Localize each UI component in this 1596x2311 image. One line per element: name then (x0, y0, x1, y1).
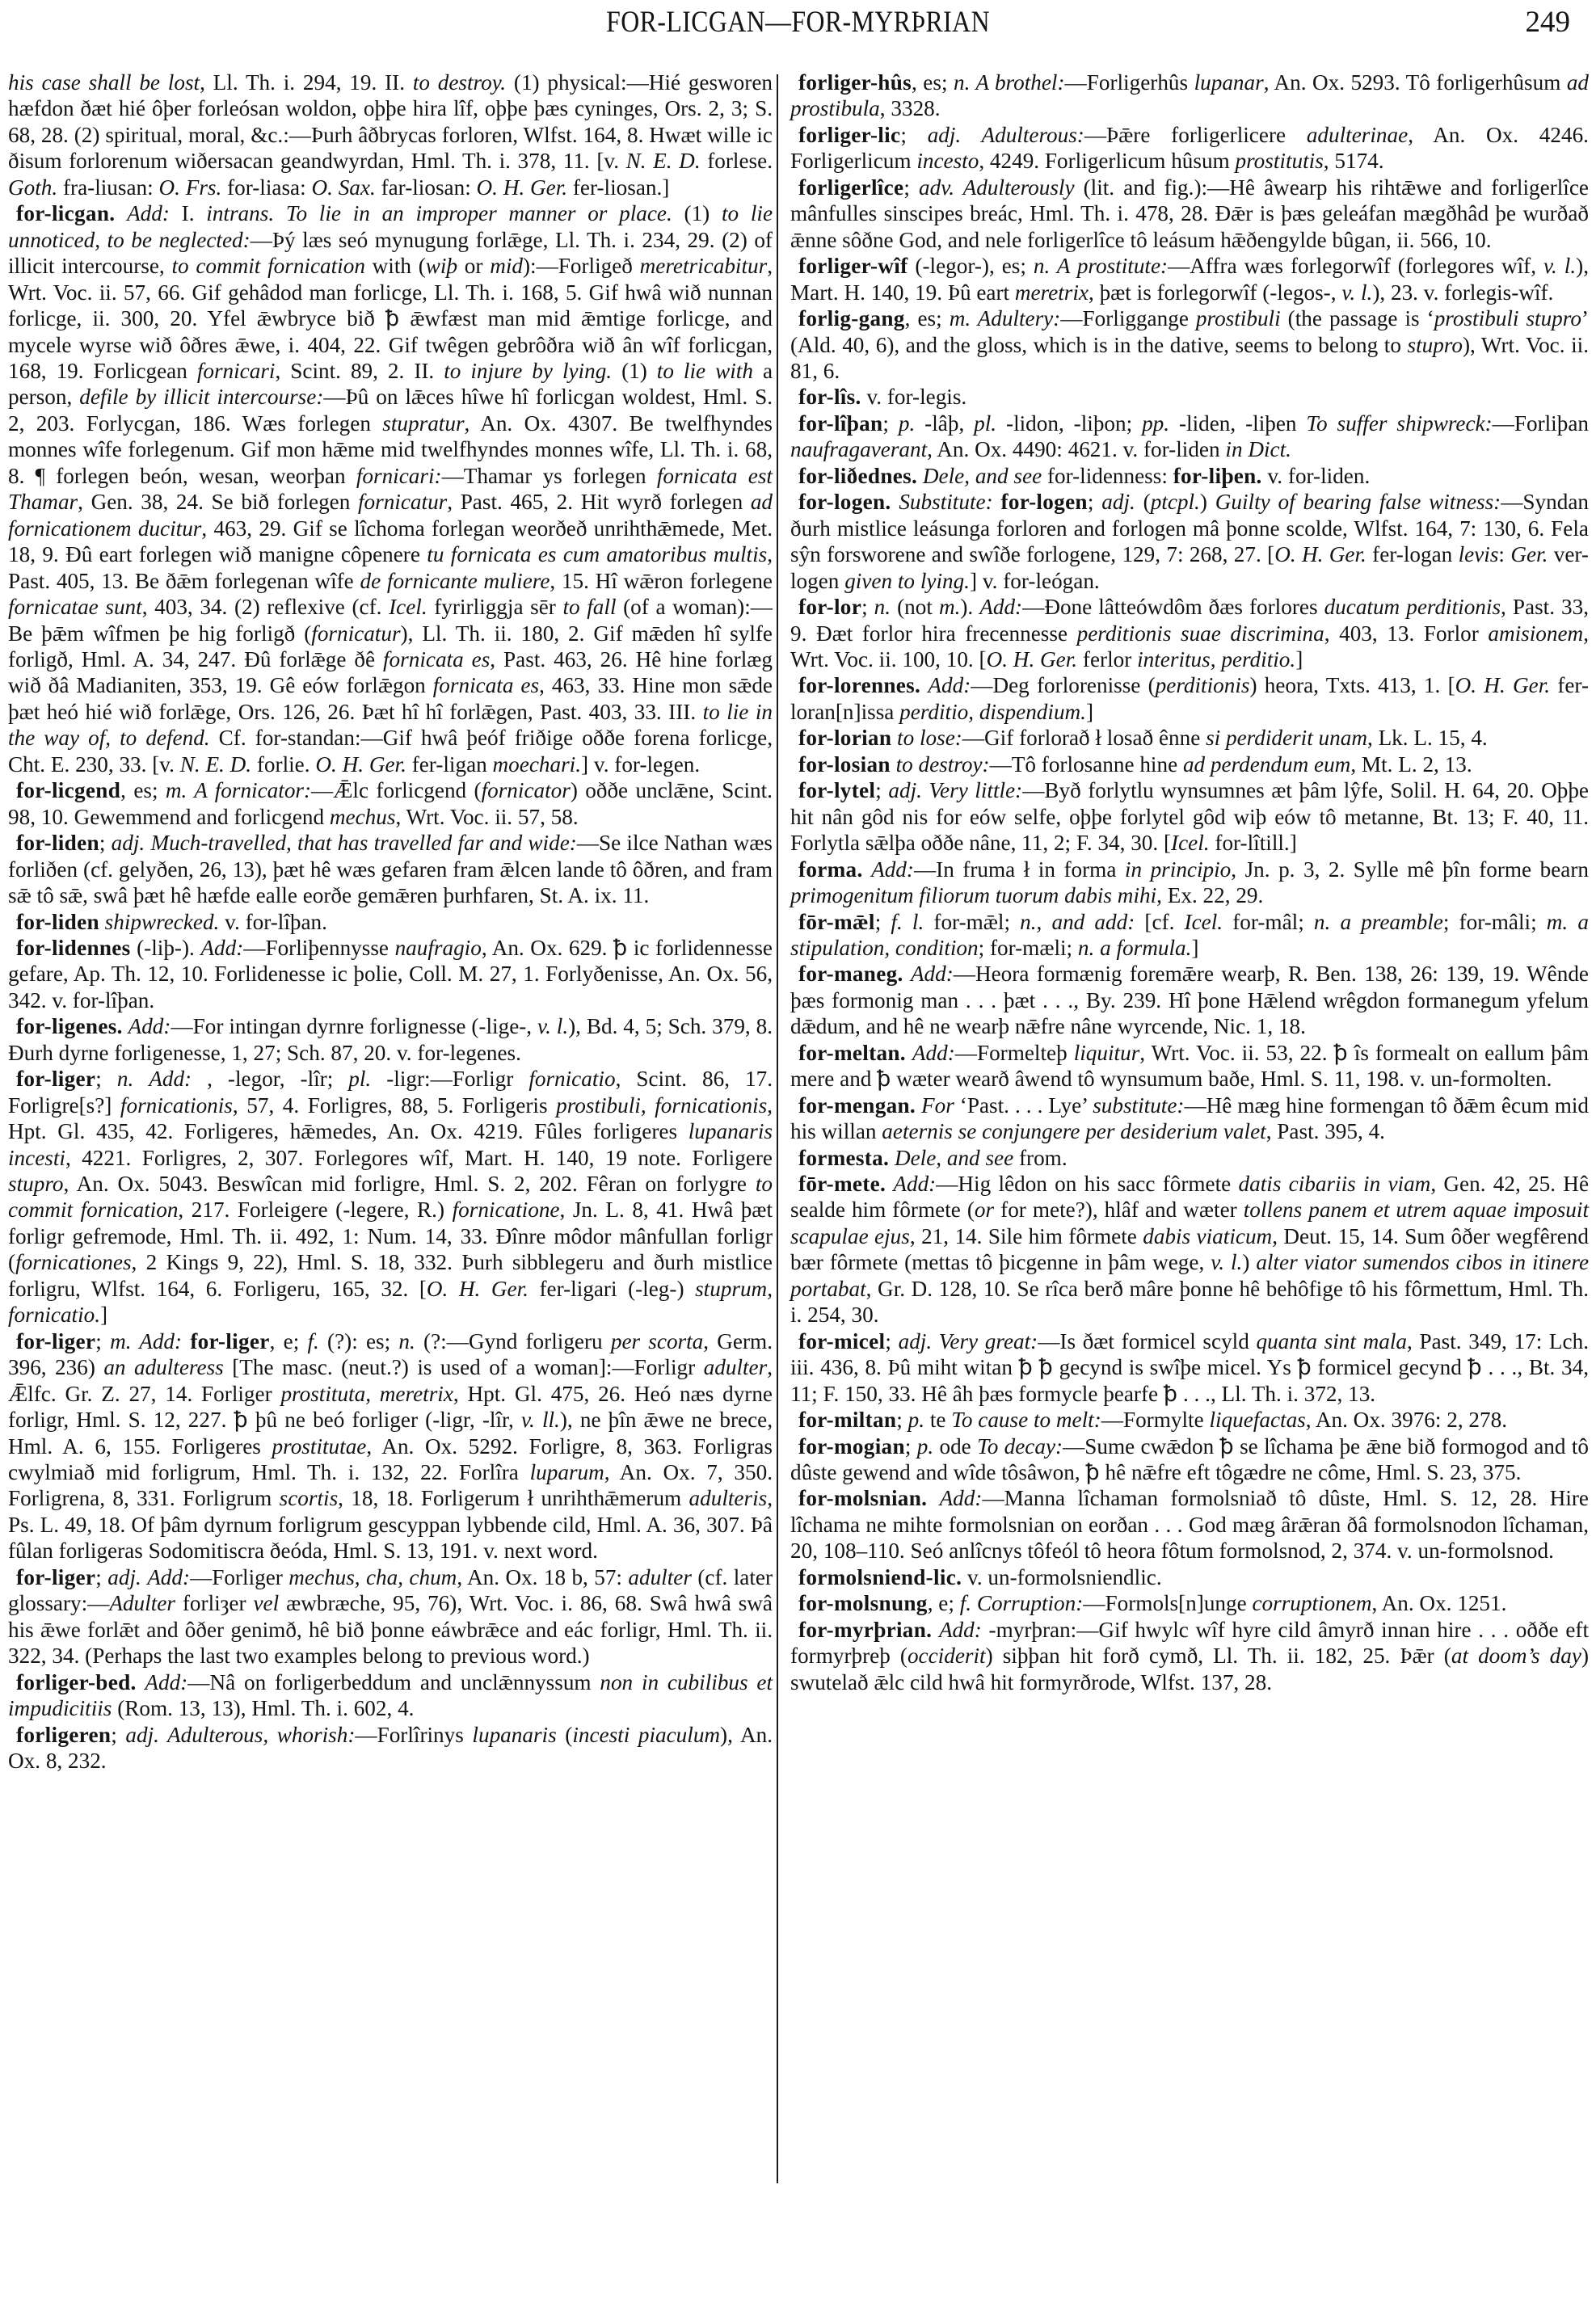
entry-text: ; (95, 1565, 107, 1589)
entry-text: ode (933, 1434, 977, 1459)
entry-text (889, 1146, 895, 1170)
headword: for-liger (16, 1329, 95, 1353)
italic-gloss: To cause to melt: (951, 1408, 1101, 1432)
italic-gloss: v. l. (537, 1014, 568, 1038)
dictionary-entry: for-lor; n. (not m.). Add:—Ðone lâtteówd… (790, 594, 1589, 672)
italic-gloss: perditio, dispendium. (899, 700, 1086, 724)
entry-text: —Formols[n]unge (1083, 1591, 1252, 1615)
entry-text: ; (896, 1408, 907, 1432)
entry-text: —Formylte (1101, 1408, 1210, 1432)
italic-gloss: scortis (280, 1486, 339, 1510)
headword: for-lîþan (798, 411, 882, 436)
dictionary-entry: forlig-gang, es; m. Adultery:—Forliggang… (790, 305, 1589, 384)
italic-gloss: Dele, and see (923, 464, 1042, 488)
italic-gloss: fornicator (482, 778, 571, 802)
entry-text: , þæt is forlegorwîf (-legos-, (1089, 280, 1341, 305)
italic-gloss: meretricabitur (640, 254, 768, 278)
entry-text: -lâþ, (915, 411, 974, 436)
italic-gloss: N. E. D. (626, 149, 701, 173)
entry-text: —Forliger (190, 1565, 288, 1589)
headword: for-molsnian. (798, 1486, 927, 1510)
dictionary-entry: forligerlîce; adv. Adulterously (lit. an… (790, 175, 1589, 253)
dictionary-entry: forliger-lic; adj. Adulterous:—Þǣre forl… (790, 122, 1589, 175)
italic-gloss: O. H. Ger. (427, 1277, 528, 1301)
entry-text: ] v. for-leógan. (970, 569, 1100, 593)
entry-text: , 3328. (880, 96, 941, 120)
entry-text: for-lidenness: (1042, 464, 1173, 488)
entry-text: , 4249. Forligerlicum hûsum (979, 149, 1235, 173)
italic-gloss: his case shall be lost (8, 70, 200, 95)
entry-text: ferlor (1077, 647, 1137, 671)
italic-gloss: to fall (562, 595, 616, 619)
entry-text: (1) (672, 201, 722, 225)
italic-gloss: adj. Much-travelled, that has travelled … (112, 831, 577, 855)
entry-text: ; (882, 411, 898, 436)
italic-gloss: For (921, 1093, 954, 1118)
entry-text: (?): es; (319, 1329, 399, 1353)
entry-text: , es; (120, 778, 166, 802)
italic-gloss: mid (490, 254, 523, 278)
italic-gloss: fornicari (197, 359, 276, 383)
italic-gloss: To suffer shipwreck: (1306, 411, 1492, 436)
italic-gloss: m. Adultery: (950, 306, 1061, 330)
italic-gloss: O. H. Ger. (987, 647, 1078, 671)
headword: formesta. (798, 1146, 889, 1170)
italic-gloss: to lose: (897, 726, 962, 750)
entry-text: ), 23. v. forlegis-wîf. (1372, 280, 1553, 305)
italic-gloss: fornicata es (383, 647, 490, 671)
italic-gloss: v. ll. (521, 1408, 560, 1432)
italic-gloss: incesto (916, 149, 979, 173)
dictionary-entry: for-molsnian. Add:—Manna lîchaman formol… (790, 1485, 1589, 1564)
entry-text: forliȝer (175, 1591, 254, 1615)
entry-text: , 217. Forleigere (-legere, R.) (178, 1198, 452, 1222)
entry-text: ; (875, 778, 888, 802)
italic-gloss: adulteris (689, 1486, 768, 1510)
entry-text: —Forliggange (1060, 306, 1196, 330)
italic-gloss: prostibuli stupro (1434, 306, 1581, 330)
entry-text: ) heora, Txts. 413, 1. [ (1249, 673, 1455, 697)
dictionary-entry: for-meltan. Add:—Formelteþ liquitur, Wrt… (790, 1040, 1589, 1092)
italic-gloss: p. (899, 411, 915, 436)
headword: for-logen (1000, 490, 1087, 514)
entry-text (916, 1093, 921, 1118)
entry-text: ; (885, 1329, 898, 1353)
italic-gloss: f. (307, 1329, 318, 1353)
entry-text: , e; (270, 1329, 308, 1353)
italic-gloss: Goth. (8, 175, 57, 200)
dictionary-entry: for-liden; adj. Much-travelled, that has… (8, 830, 773, 908)
dictionary-entry: for-licgend, es; m. A fornicator:—Ǣlc fo… (8, 777, 773, 830)
dictionary-entry: forliger-hûs, es; n. A brothel:—Forliger… (790, 69, 1589, 122)
italic-gloss: adv. Adulterously (919, 175, 1075, 200)
entry-text: , 21, 14. Sile him fôrmete (910, 1224, 1143, 1248)
italic-gloss: an adulteress (103, 1355, 223, 1379)
entry-text: or (457, 254, 490, 278)
italic-gloss: to destroy: (896, 752, 990, 777)
italic-gloss: Add: (147, 1565, 190, 1589)
italic-gloss: Add: (928, 673, 971, 697)
italic-gloss: stupro (8, 1172, 64, 1196)
dictionary-entry: forliger-wîf (-legor-), es; n. A prostit… (790, 253, 1589, 305)
dictionary-entry: for-ligenes. Add:—For intingan dyrnre fo… (8, 1013, 773, 1066)
entry-text: forlese. (701, 149, 773, 173)
entry-text: : (1498, 542, 1510, 566)
headword: for-licgend (16, 778, 120, 802)
running-title: FOR-LICGAN—FOR-MYRÞRIAN (112, 5, 1484, 40)
italic-gloss: ducatum perditionis (1324, 595, 1501, 619)
italic-gloss: occiderit (907, 1644, 986, 1668)
italic-gloss: liquefactas (1209, 1408, 1305, 1432)
dictionary-entry: for-molsnung, e; f. Corruption:—Formols[… (790, 1590, 1589, 1616)
entry-text: (?:—Gynd forligeru (415, 1329, 611, 1353)
italic-gloss: n. A prostitute: (1034, 254, 1168, 278)
entry-text: —Hig lêdon on his sacc fôrmete (936, 1172, 1238, 1196)
headword: for-myrþrian. (798, 1618, 932, 1642)
entry-text: far-liosan: (376, 175, 477, 200)
italic-gloss: m. Add: (110, 1329, 182, 1353)
entry-text: ; (861, 595, 874, 619)
entry-text: [cf. (1135, 910, 1184, 934)
page-header: FOR-LICGAN—FOR-MYRÞRIAN 249 (0, 0, 1596, 57)
entry-text: ; for-mâli; (1443, 910, 1547, 934)
entry-text (993, 490, 1001, 514)
italic-gloss: fornicationis (120, 1093, 233, 1118)
entry-text: , 18, 18. Forligerum ł unrihthǣmerum (338, 1486, 689, 1510)
italic-gloss: p. (908, 1408, 924, 1432)
entry-text (927, 1486, 939, 1510)
italic-gloss: p. (917, 1434, 933, 1459)
entry-text: ; (905, 1434, 917, 1459)
italic-gloss: incesti piaculum (572, 1723, 720, 1747)
entry-text (123, 1014, 128, 1038)
italic-gloss: levis (1459, 542, 1499, 566)
italic-gloss: pl. (974, 411, 996, 436)
italic-gloss: O. H. Ger. (477, 175, 568, 200)
entry-text: ; (95, 1329, 110, 1353)
italic-gloss: Add: (200, 936, 243, 960)
dictionary-entry: forma. Add:—In fruma ł in forma in princ… (790, 857, 1589, 909)
dictionary-entry: for-licgan. Add: I. intrans. To lie in a… (8, 200, 773, 777)
italic-gloss: vel (253, 1591, 279, 1615)
italic-gloss: adulter (704, 1355, 768, 1379)
italic-gloss: meretrix (1015, 280, 1089, 305)
italic-gloss: O. Frs. (159, 175, 222, 200)
italic-gloss: shipwrecked. (105, 910, 220, 934)
page-number: 249 (1526, 5, 1571, 40)
entry-text: fra-liusan: (57, 175, 158, 200)
dictionary-entry: for-lorennes. Add:—Deg forlorenisse (per… (790, 672, 1589, 725)
italic-gloss: naufragio (395, 936, 482, 960)
italic-gloss: fornicatio (528, 1067, 615, 1091)
italic-gloss: n., and add: (1020, 910, 1135, 934)
entry-text: —Forliþennysse (243, 936, 394, 960)
entry-text: , 4221. Forligres, 2, 307. Forlegores wî… (65, 1146, 773, 1170)
entry-text: ) (1242, 1250, 1256, 1274)
italic-gloss: n. a preamble (1314, 910, 1443, 934)
italic-gloss: de fornicante muliere (360, 569, 550, 593)
italic-gloss: O. Sax. (311, 175, 375, 200)
italic-gloss: wiþ (426, 254, 457, 278)
italic-gloss: Add: (979, 595, 1022, 619)
italic-gloss: O. H. Ger. (1455, 673, 1550, 697)
entry-text: —Forligerhûs (1065, 70, 1194, 95)
entry-text: , Lk. L. 15, 4. (1367, 726, 1488, 750)
italic-gloss: prostitutae (272, 1434, 367, 1459)
italic-gloss: to destroy. (413, 70, 506, 95)
italic-gloss: intrans. To lie in an improper manner or… (206, 201, 672, 225)
italic-gloss: v. l. (1543, 254, 1576, 278)
entry-text: ) siþþan hit forð cymð, Ll. Th. ii. 182,… (986, 1644, 1451, 1668)
entry-text: fer-ligan (406, 752, 493, 777)
headword: for-lorennes. (798, 673, 920, 697)
entry-text: te (924, 1408, 951, 1432)
italic-gloss: fornicatione (453, 1198, 560, 1222)
entry-text: ; (95, 1067, 117, 1091)
entry-text (891, 490, 899, 514)
headword: for-lor (798, 595, 861, 619)
entry-text: ] (1295, 647, 1303, 671)
headword: for-molsnung (798, 1591, 928, 1615)
italic-gloss: interitus, perditio. (1137, 647, 1295, 671)
italic-gloss: to injure by lying. (444, 359, 612, 383)
italic-gloss: aeternis se conjungere per desiderium va… (882, 1119, 1265, 1143)
italic-gloss: n. a formula. (1078, 936, 1191, 960)
italic-gloss: Add: (893, 1172, 936, 1196)
entry-text: ). (960, 595, 979, 619)
entry-text: , es; (905, 306, 950, 330)
headword: for-maneg. (798, 962, 903, 986)
headword: for-liðednes. (798, 464, 917, 488)
entry-text: —Ǣlc forlicgend ( (311, 778, 482, 802)
italic-gloss: adulterinae (1307, 123, 1408, 147)
dictionary-entry: for-lîþan; p. -lâþ, pl. -lidon, -liþon; … (790, 410, 1589, 463)
headword: for-liþen. (1173, 464, 1262, 488)
italic-gloss: adj. Adulterous, whorish: (125, 1723, 355, 1747)
entry-text: ; (1088, 490, 1101, 514)
headword: forligerlîce (798, 175, 903, 200)
headword: for-mengan. (798, 1093, 916, 1118)
entry-text: , Scint. 89, 2. II. (275, 359, 444, 383)
headword: fōr-mete. (798, 1172, 886, 1196)
italic-gloss: adulter (628, 1565, 692, 1589)
dictionary-entry: for-losian to destroy:—Tô forlosanne hin… (790, 751, 1589, 777)
italic-gloss: m. A fornicator: (166, 778, 311, 802)
dictionary-entry: for-lîs. v. for-legis. (790, 384, 1589, 410)
dictionary-entry: for-liger; n. Add: , -legor, -lîr; pl. -… (8, 1066, 773, 1328)
entry-text: from. (1013, 1146, 1067, 1170)
entry-text: for-mâl; (1223, 910, 1314, 934)
entry-text (932, 1618, 939, 1642)
italic-gloss: Add: (871, 857, 914, 882)
italic-gloss: mechus, cha, chum (288, 1565, 457, 1589)
entry-text: ( (557, 1723, 573, 1747)
italic-gloss: pp. (1142, 411, 1169, 436)
entry-text: (-legor-), es; (907, 254, 1033, 278)
entry-text: fer-logan (1366, 542, 1459, 566)
italic-gloss: luparum (530, 1460, 604, 1484)
italic-gloss: fornicatur (311, 621, 400, 646)
entry-text: ] (1086, 700, 1093, 724)
dictionary-entry: for-miltan; p. te To cause to melt:—Form… (790, 1407, 1589, 1433)
entry-text: —Nâ on forligerbeddum and unclǣnnyssum (187, 1670, 600, 1694)
italic-gloss: adj. Adulterous: (928, 123, 1084, 147)
italic-gloss: O. H. Ger. (1274, 542, 1366, 566)
headword: for-logen. (798, 490, 891, 514)
entry-text: fer-liosan.] (567, 175, 669, 200)
entry-text: , 15. Hî wǣron forlegene (550, 569, 773, 593)
entry-text: ; (111, 1723, 125, 1747)
dictionary-entry: for-mengan. For ‘Past. . . . Lye’ substi… (790, 1092, 1589, 1145)
dictionary-entry: for-lorian to lose:—Gif forlorað ł losað… (790, 725, 1589, 751)
entry-text: for mete?), hlâf and wæter (994, 1198, 1244, 1222)
entry-text: forlie. (251, 752, 315, 777)
entry-text: , Past. 465, 2. Hit wyrð forlegen (447, 490, 751, 514)
headword: forliger-bed. (16, 1670, 137, 1694)
headword: for-licgan. (16, 201, 115, 225)
italic-gloss: Ger. (1510, 542, 1548, 566)
dictionary-entry: forligeren; adj. Adulterous, whorish:—Fo… (8, 1722, 773, 1774)
entry-text: —Thamar ys forlegen (442, 464, 657, 488)
entry-text: ; (903, 175, 919, 200)
entry-text: v. for-lîþan. (219, 910, 327, 934)
entry-text: —Þǣre forligerlicere (1084, 123, 1307, 147)
italic-gloss: pl. (348, 1067, 371, 1091)
entry-text: —For intingan dyrnre forlignesse (-lige-… (171, 1014, 537, 1038)
entry-text: , An. Ox. 4490: 4621. v. for-liden (927, 437, 1225, 461)
entry-text: , An. Ox. 1251. (1372, 1591, 1507, 1615)
column-divider (777, 74, 778, 2183)
dictionary-entry: for-mogian; p. ode To decay:—Sume cwǣdon… (790, 1433, 1589, 1486)
italic-gloss: substitute: (1093, 1093, 1184, 1118)
headword: for-lidennes (16, 936, 131, 960)
entry-text: ; for-mæli; (979, 936, 1078, 960)
entry-text: —In fruma ł in forma (914, 857, 1125, 882)
italic-gloss: Substitute: (899, 490, 992, 514)
headword: for-liden (16, 910, 99, 934)
italic-gloss: stupratur (382, 411, 464, 436)
italic-gloss: f. l. (891, 910, 924, 934)
entry-text: ; (99, 831, 112, 855)
italic-gloss: quanta sint mala (1256, 1329, 1407, 1353)
entry-text: -lidon, -liþon; (996, 411, 1142, 436)
italic-gloss: prostitutis (1236, 149, 1324, 173)
italic-gloss: at doom’s day (1451, 1644, 1581, 1668)
italic-gloss: f. Corruption: (960, 1591, 1084, 1615)
headword: for-liger (190, 1329, 269, 1353)
dictionary-entry: for-liger; m. Add: for-liger, e; f. (?):… (8, 1328, 773, 1564)
headword: for-liden (16, 831, 99, 855)
italic-gloss: Dele, and see (895, 1146, 1013, 1170)
entry-text: —Formelteþ (955, 1041, 1074, 1065)
entry-text: —Affra wæs forlegorwîf (forlegores wîf, (1168, 254, 1543, 278)
entry-text: , Wrt. Voc. ii. 57, 58. (395, 805, 578, 829)
headword: for-losian (798, 752, 891, 777)
entry-text: , An. Ox. 5043. Beswîcan mid forligre, H… (64, 1172, 756, 1196)
italic-gloss: lupanar (1194, 70, 1264, 95)
entry-text: —Forlîrinys (355, 1723, 472, 1747)
entry-text: , -legor, -lîr; (192, 1067, 348, 1091)
italic-gloss: ad perdendum eum (1183, 752, 1350, 777)
entry-text: ] (1191, 936, 1198, 960)
italic-gloss: perditionis (1156, 673, 1250, 697)
entry-text: , An. Ox. 5293. Tô forligerhûsum (1264, 70, 1567, 95)
entry-text: for-lîtill.] (1210, 831, 1297, 855)
left-column: his case shall be lost, Ll. Th. i. 294, … (8, 69, 773, 1774)
italic-gloss: n. A brothel: (954, 70, 1065, 95)
italic-gloss: fornicari: (356, 464, 442, 488)
italic-gloss: corruptionem (1252, 1591, 1371, 1615)
italic-gloss: v. l. (1341, 280, 1372, 305)
entry-text: —Ðone lâtteówdôm ðæs forlores (1022, 595, 1324, 619)
headword: forma. (798, 857, 863, 882)
entry-text: (Rom. 13, 13), Hml. Th. i. 602, 4. (112, 1696, 414, 1720)
italic-gloss: stupro (1407, 333, 1463, 357)
dictionary-entry: for-maneg. Add:—Heora formænig foremǣre … (790, 961, 1589, 1039)
italic-gloss: Icel. (1171, 831, 1210, 855)
italic-gloss: Icel. (389, 595, 427, 619)
right-column: forliger-hûs, es; n. A brothel:—Forliger… (790, 69, 1589, 1695)
italic-gloss: tu fornicata es cum amatoribus multis (427, 542, 767, 566)
italic-gloss: or (975, 1198, 994, 1222)
italic-gloss: Add: (149, 1067, 192, 1091)
italic-gloss: in principio (1125, 857, 1231, 882)
italic-gloss: Add: (940, 1486, 983, 1510)
entry-text: , Jn. p. 3, 2. Sylle mê þîn forme bearn (1231, 857, 1589, 882)
dictionary-entry: forliger-bed. Add:—Nâ on forligerbeddum … (8, 1669, 773, 1722)
italic-gloss: adj. Very great: (899, 1329, 1038, 1353)
entry-text: ] (100, 1303, 107, 1327)
italic-gloss: Add: (145, 1670, 187, 1694)
entry-text: , 403, 34. (2) reflexive (cf. (142, 595, 389, 619)
entry-text (906, 1041, 912, 1065)
entry-text: , Past. 395, 4. (1266, 1119, 1385, 1143)
entry-text: —Is ðæt formicel scyld (1038, 1329, 1256, 1353)
entry-text: , Ex. 22, 29. (1156, 883, 1263, 907)
italic-gloss: To decay: (977, 1434, 1063, 1459)
entry-text: , An. Ox. 18 b, 57: (457, 1565, 628, 1589)
headword: formolsniend-lic. (798, 1565, 962, 1589)
entry-text: v. for-legis. (861, 385, 967, 409)
italic-gloss: prostibuli, fornicationis (556, 1093, 767, 1118)
italic-gloss: moechari. (493, 752, 581, 777)
italic-gloss: fornicationes (15, 1250, 131, 1274)
italic-gloss: adj. (1101, 490, 1135, 514)
headword: for-lytel (798, 778, 875, 802)
dictionary-entry: fōr-mete. Add:—Hig lêdon on his sacc fôr… (790, 1171, 1589, 1328)
entry-text: ( (1135, 490, 1151, 514)
headword: for-miltan (798, 1408, 896, 1432)
headword: for-micel (798, 1329, 885, 1353)
italic-gloss: prostibuli (1196, 306, 1281, 330)
italic-gloss: in Dict. (1225, 437, 1291, 461)
dictionary-entry: for-liden shipwrecked. v. for-lîþan. (8, 909, 773, 935)
entry-text: , 57, 4. Forligres, 88, 5. Forligeris (233, 1093, 556, 1118)
entry-text: -liden, -liþen (1169, 411, 1306, 436)
italic-gloss: v. l. (1211, 1250, 1242, 1274)
entry-text: —Forliþan (1493, 411, 1589, 436)
italic-gloss: amisionem (1488, 621, 1583, 646)
entry-text: ] v. for-legen. (581, 752, 700, 777)
italic-gloss: fornicatur (358, 490, 447, 514)
italic-gloss: n. (874, 595, 891, 619)
entry-text (886, 1172, 893, 1196)
italic-gloss: adj. Very little: (888, 778, 1022, 802)
entry-text (133, 1067, 149, 1091)
entry-text: , Ll. Th. i. 294, 19. II. (200, 70, 413, 95)
headword: forliger-lic (798, 123, 900, 147)
dictionary-entry: for-lidennes (-liþ-). Add:—Forliþennysse… (8, 935, 773, 1013)
